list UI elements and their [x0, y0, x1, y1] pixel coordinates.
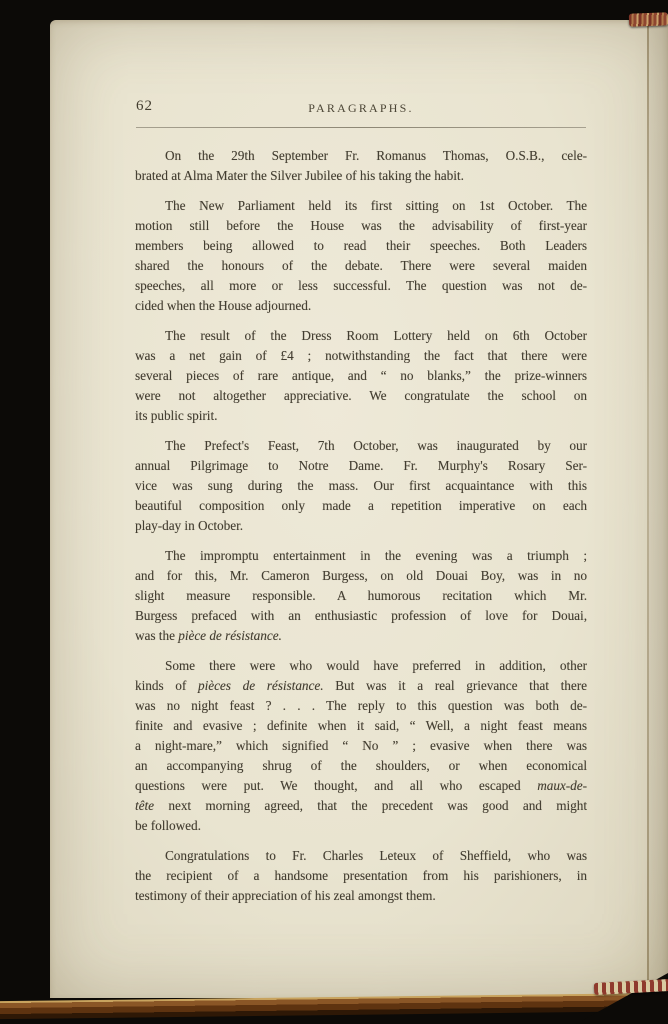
paragraph: The result of the Dress Room Lottery hel…	[135, 326, 587, 426]
book-page: 62 PARAGRAPHS. On the 29th September Fr.…	[50, 20, 668, 998]
text-segment: annual Pilgrimage to Notre Dame. Fr. Mur…	[135, 458, 587, 473]
italic-text-segment: pièce de résistance.	[178, 628, 282, 643]
paragraph: Congratulations to Fr. Charles Leteux of…	[135, 846, 587, 906]
paragraph: The impromptu entertainment in the eveni…	[135, 546, 587, 646]
text-segment: was no night feast ? . . . The reply to …	[135, 698, 587, 713]
text-segment: shared the honours of the debate. There …	[135, 258, 587, 273]
text-line: be followed.	[135, 816, 587, 836]
text-segment: be followed.	[135, 818, 201, 833]
text-line: questions were put. We thought, and all …	[135, 776, 587, 796]
text-line: was a net gain of £4 ; notwithstanding t…	[135, 346, 587, 366]
text-segment: play-day in October.	[135, 518, 243, 533]
paragraph: The New Parliament held its first sittin…	[135, 196, 587, 316]
text-segment: was the	[135, 628, 178, 643]
text-line: were not altogether appreciative. We con…	[135, 386, 587, 406]
running-title: PARAGRAPHS.	[135, 101, 587, 116]
text-line: several pieces of rare antique, and “ no…	[135, 366, 587, 386]
text-line: The result of the Dress Room Lottery hel…	[135, 326, 587, 346]
paragraph: On the 29th September Fr. Romanus Thomas…	[135, 146, 587, 186]
text-segment: members being allowed to read their spee…	[135, 238, 587, 253]
text-line: tête next morning agreed, that the prece…	[135, 796, 587, 816]
text-segment: an accompanying shrug of the shoulders, …	[135, 758, 587, 773]
text-line: Burgess prefaced with an enthusiastic pr…	[135, 606, 587, 626]
text-segment: Some there were who would have preferred…	[165, 658, 587, 673]
text-line: brated at Alma Mater the Silver Jubilee …	[135, 166, 587, 186]
text-segment: vice was sung during the mass. Our first…	[135, 478, 587, 493]
text-segment: its public spirit.	[135, 408, 217, 423]
text-line: speeches, all more or less successful. T…	[135, 276, 587, 296]
text-segment: beautiful composition only made a repeti…	[135, 498, 587, 513]
text-segment: kinds of	[135, 678, 198, 693]
text-segment: several pieces of rare antique, and “ no…	[135, 368, 587, 383]
text-segment: speeches, all more or less successful. T…	[135, 278, 587, 293]
text-segment: finite and evasive ; definite when it sa…	[135, 718, 587, 733]
text-segment: Congratulations to Fr. Charles Leteux of…	[165, 848, 587, 863]
text-segment: Burgess prefaced with an enthusiastic pr…	[135, 608, 587, 623]
text-line: vice was sung during the mass. Our first…	[135, 476, 587, 496]
text-line: Congratulations to Fr. Charles Leteux of…	[135, 846, 587, 866]
text-segment: The Prefect's Feast, 7th October, was in…	[165, 438, 587, 453]
italic-text-segment: maux-de-	[537, 778, 587, 793]
text-line: kinds of pièces de résistance. But was i…	[135, 676, 587, 696]
text-segment: a night-mare,” which signified “ No ” ; …	[135, 738, 587, 753]
text-segment: testimony of their appreciation of his z…	[135, 888, 436, 903]
text-line: On the 29th September Fr. Romanus Thomas…	[135, 146, 587, 166]
text-segment: was a net gain of £4 ; notwithstanding t…	[135, 348, 587, 363]
text-line: was the pièce de résistance.	[135, 626, 587, 646]
text-line: shared the honours of the debate. There …	[135, 256, 587, 276]
text-segment: motion still before the House was the ad…	[135, 218, 587, 233]
headband-top	[629, 12, 668, 26]
text-line: a night-mare,” which signified “ No ” ; …	[135, 736, 587, 756]
header-rule	[136, 127, 586, 128]
text-segment: The New Parliament held its first sittin…	[165, 198, 587, 213]
text-line: beautiful composition only made a repeti…	[135, 496, 587, 516]
text-segment: were not altogether appreciative. We con…	[135, 388, 587, 403]
text-segment: The impromptu entertainment in the eveni…	[165, 548, 587, 563]
text-line: annual Pilgrimage to Notre Dame. Fr. Mur…	[135, 456, 587, 476]
book-photo: 62 PARAGRAPHS. On the 29th September Fr.…	[0, 0, 668, 1024]
text-line: finite and evasive ; definite when it sa…	[135, 716, 587, 736]
text-line: was no night feast ? . . . The reply to …	[135, 696, 587, 716]
text-segment: slight measure responsible. A humorous r…	[135, 588, 587, 603]
text-segment: questions were put. We thought, and all …	[135, 778, 537, 793]
fore-edge-shading	[649, 20, 668, 998]
paragraph: The Prefect's Feast, 7th October, was in…	[135, 436, 587, 536]
text-segment: the recipient of a handsome presentation…	[135, 868, 587, 883]
text-line: motion still before the House was the ad…	[135, 216, 587, 236]
text-segment: and for this, Mr. Cameron Burgess, on ol…	[135, 568, 587, 583]
italic-text-segment: pièces de résistance.	[198, 678, 324, 693]
text-line: Some there were who would have preferred…	[135, 656, 587, 676]
text-line: the recipient of a handsome presentation…	[135, 866, 587, 886]
paragraph: Some there were who would have preferred…	[135, 656, 587, 836]
text-segment: The result of the Dress Room Lottery hel…	[165, 328, 587, 343]
text-segment: But was it a real grievance that there	[324, 678, 587, 693]
italic-text-segment: tête	[135, 798, 154, 813]
text-segment: brated at Alma Mater the Silver Jubilee …	[135, 168, 464, 183]
text-line: The impromptu entertainment in the eveni…	[135, 546, 587, 566]
text-line: cided when the House adjourned.	[135, 296, 587, 316]
text-line: The New Parliament held its first sittin…	[135, 196, 587, 216]
text-line: testimony of their appreciation of his z…	[135, 886, 587, 906]
text-line: The Prefect's Feast, 7th October, was in…	[135, 436, 587, 456]
text-segment: next morning agreed, that the precedent …	[154, 798, 587, 813]
text-line: slight measure responsible. A humorous r…	[135, 586, 587, 606]
text-line: and for this, Mr. Cameron Burgess, on ol…	[135, 566, 587, 586]
text-line: its public spirit.	[135, 406, 587, 426]
text-segment: cided when the House adjourned.	[135, 298, 311, 313]
text-line: play-day in October.	[135, 516, 587, 536]
text-segment: On the 29th September Fr. Romanus Thomas…	[165, 148, 587, 163]
text-block: On the 29th September Fr. Romanus Thomas…	[135, 146, 587, 906]
text-line: an accompanying shrug of the shoulders, …	[135, 756, 587, 776]
text-line: members being allowed to read their spee…	[135, 236, 587, 256]
